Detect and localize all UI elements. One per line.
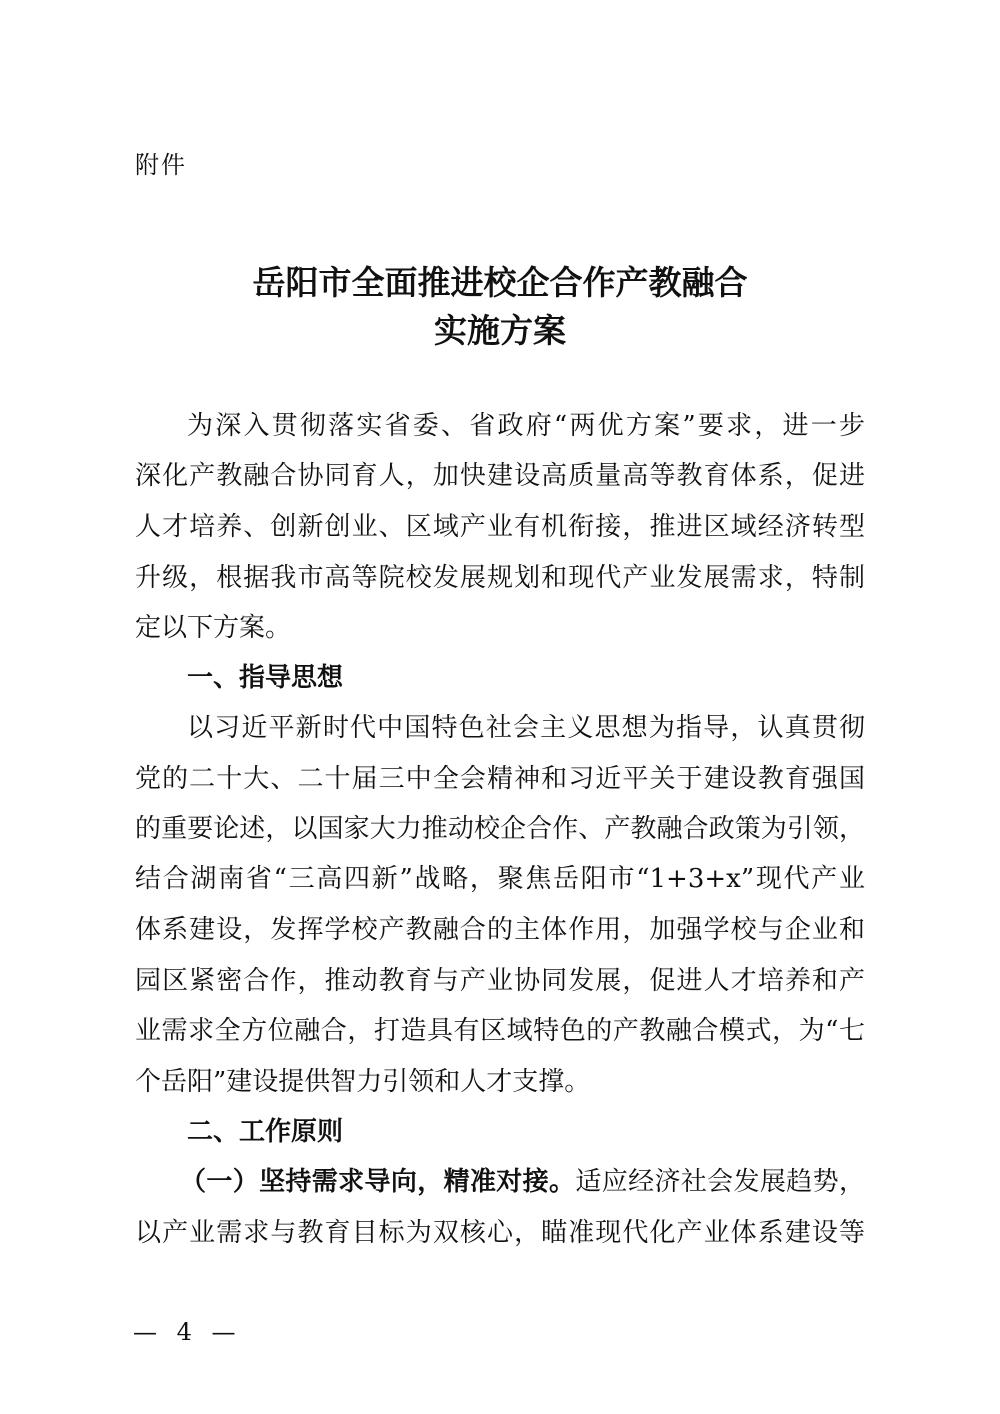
body-line: 园区紧密合作，推动教育与产业协同发展，促进人才培养和产 [135,960,865,997]
section-heading: 一、指导思想 [187,657,343,694]
intro-line: 深化产教融合协同育人，加快建设高质量高等教育体系，促进 [135,455,865,492]
body-line: 以习近平新时代中国特色社会主义思想为指导，认真贯彻 [187,707,865,744]
principle-line: （一）坚持需求导向，精准对接。适应经济社会发展趋势， [180,1161,865,1198]
attachment-label: 附件 [135,145,187,180]
principle-title: （一）坚持需求导向，精准对接。 [180,1167,575,1197]
body-line: 的重要论述，以国家大力推动校企合作、产教融合政策为引领， [135,808,865,845]
document-title-line2: 实施方案 [0,305,1000,352]
section-heading: 二、工作原则 [187,1111,343,1148]
body-line: 以产业需求与教育目标为双核心，瞄准现代化产业体系建设等 [135,1212,865,1249]
body-line: 党的二十大、二十届三中全会精神和习近平关于建设教育强国 [135,758,865,795]
body-line: 结合湖南省“三高四新”战略，聚焦岳阳市“1+3+x”现代产业 [135,858,865,895]
intro-line: 人才培养、创新创业、区域产业有机衔接，推进区域经济转型 [135,506,865,543]
intro-line: 为深入贯彻落实省委、省政府“两优方案”要求，进一步 [187,405,865,442]
page-number: — 4 — [133,1318,242,1346]
document-title-line1: 岳阳市全面推进校企合作产教融合 [0,257,1000,304]
body-line: 业需求全方位融合，打造具有区域特色的产教融合模式，为“七 [135,1010,865,1047]
principle-text: 适应经济社会发展趋势， [575,1167,865,1197]
body-line: 体系建设，发挥学校产教融合的主体作用，加强学校与企业和 [135,909,865,946]
intro-line: 升级，根据我市高等院校发展规划和现代产业发展需求，特制 [135,557,865,594]
body-line: 个岳阳”建设提供智力引领和人才支撑。 [135,1061,865,1098]
intro-line: 定以下方案。 [135,607,865,644]
